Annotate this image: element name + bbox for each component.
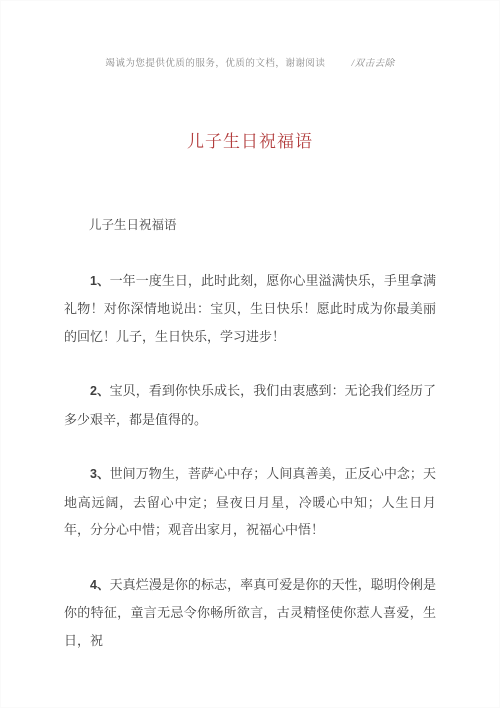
paragraph: 2、宝贝，看到你快乐成长，我们由衷感到：无论我们经历了多少艰辛，都是值得的。 bbox=[64, 377, 436, 433]
promo-header: 竭诚为您提供优质的服务，优质的文档，谢谢阅读 /双击去除 bbox=[1, 55, 499, 69]
paragraph-text: 一年一度生日，此时此刻，愿你心里溢满快乐，手里拿满礼物！对你深情地说出：宝贝，生… bbox=[64, 273, 436, 344]
document-page: 竭诚为您提供优质的服务，优质的文档，谢谢阅读 /双击去除 儿子生日祝福语 儿子生… bbox=[0, 0, 500, 708]
paragraph-text: 宝贝，看到你快乐成长，我们由衷感到：无论我们经历了多少艰辛，都是值得的。 bbox=[64, 383, 436, 427]
paragraph-number: 3、 bbox=[90, 467, 110, 481]
document-subtitle: 儿子生日祝福语 bbox=[64, 212, 436, 240]
promo-text: 竭诚为您提供优质的服务，优质的文档，谢谢阅读 bbox=[105, 55, 325, 69]
paragraph: 4、天真烂漫是你的标志，率真可爱是你的天性，聪明伶俐是你的特征，童言无忌令你畅所… bbox=[64, 571, 436, 655]
paragraph: 3、世间万物生，菩萨心中存；人间真善美，正反心中念；天地高远阔，去留心中定；昼夜… bbox=[64, 460, 436, 544]
paragraph-number: 2、 bbox=[90, 384, 110, 398]
paragraph-text: 世间万物生，菩萨心中存；人间真善美，正反心中念；天地高远阔，去留心中定；昼夜日月… bbox=[64, 466, 436, 537]
paragraph: 1、一年一度生日，此时此刻，愿你心里溢满快乐，手里拿满礼物！对你深情地说出：宝贝… bbox=[64, 267, 436, 351]
remove-watermark-hint[interactable]: /双击去除 bbox=[351, 55, 394, 69]
paragraph-number: 4、 bbox=[90, 578, 110, 592]
page-title: 儿子生日祝福语 bbox=[1, 127, 499, 152]
paragraph-number: 1、 bbox=[90, 274, 110, 288]
document-body: 儿子生日祝福语 1、一年一度生日，此时此刻，愿你心里溢满快乐，手里拿满礼物！对你… bbox=[64, 212, 436, 654]
paragraph-text: 天真烂漫是你的标志，率真可爱是你的天性，聪明伶俐是你的特征，童言无忌令你畅所欲言… bbox=[64, 577, 436, 648]
